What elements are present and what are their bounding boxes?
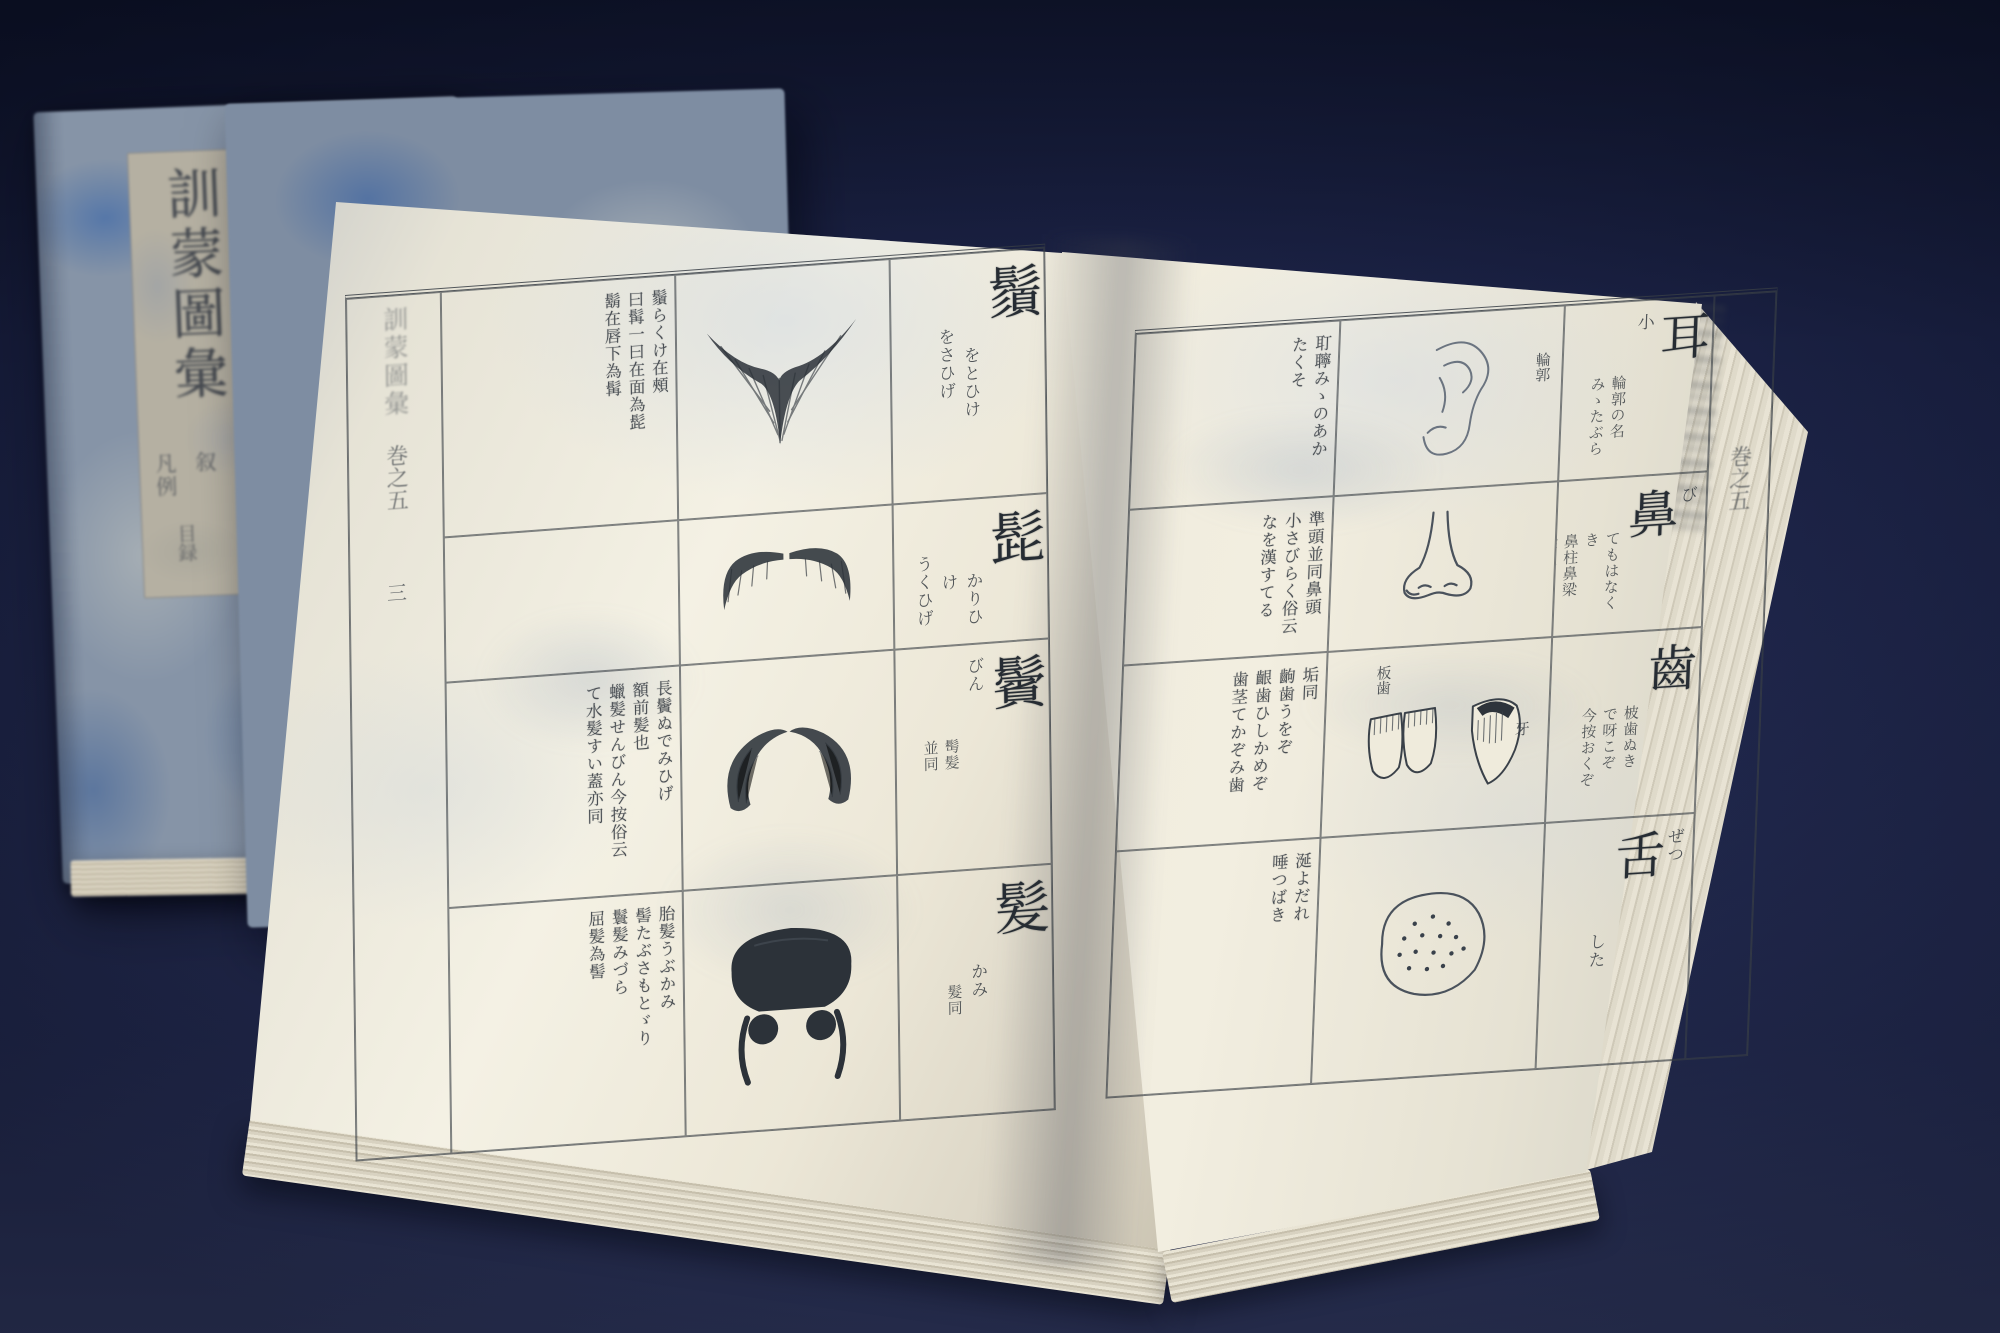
entry-cell-teeth: 齒 柀歯ぬき で呀こぞ 今按おくぞ xyxy=(1545,627,1702,823)
definition-column: たくそ xyxy=(1284,336,1307,487)
closed-book-spine xyxy=(33,111,93,884)
entry-note: てもはなくき xyxy=(1578,490,1625,628)
hair-topknot-drawing xyxy=(705,907,877,1105)
illustration-cell-ear: 輪郭 xyxy=(1334,305,1565,496)
definition-column: 髻たぶさもとゞり xyxy=(633,906,653,1127)
entry-cell-nose: び 鼻 てもはなくき 鼻柱鼻梁 梁並同 xyxy=(1552,471,1708,637)
definition-column: 鬟髪みづら xyxy=(610,908,630,1129)
entry-cell-beard: 鬚 をとひけ をさひげ xyxy=(890,248,1048,505)
illustration-cell-beard xyxy=(675,259,892,520)
closed-book-subtitle-right: 叙 xyxy=(189,451,221,498)
volume-marker: 巻之五 xyxy=(1722,444,1755,512)
definition-column: 齦歯ひしかめぞ xyxy=(1248,669,1272,830)
definition-cell-hair: 胎髪うぶかみ 髻たぶさもとゞり 鬟髪みづら 屈髪為髻 xyxy=(448,891,685,1154)
definition-column: て水髪すい蓋亦同 xyxy=(583,684,603,885)
illustration-cell-teeth: 板歯 牙 xyxy=(1321,637,1553,838)
definition-cell-nose: 準頭並同鼻頭 小さびらく俗云 なを漢すてる xyxy=(1123,496,1334,665)
volume-marker: 巻之五 xyxy=(380,444,412,512)
closed-book-subtitle-bottom: 目録 xyxy=(172,523,200,562)
entry-cell-ear: 耳 小 輪郭の名 みゝたぶら xyxy=(1558,296,1714,482)
entry-kana: うくひげ xyxy=(910,514,936,641)
entry-note: 髩髪 xyxy=(940,658,963,865)
definition-column: 歯茎てかぞみ歯 xyxy=(1224,670,1248,831)
entry-cell-sideburns: 鬢 びん 髩髪 並同 xyxy=(894,638,1051,875)
illustration-label: 牙 xyxy=(1514,718,1530,740)
definition-column: 唾つばき xyxy=(1262,853,1288,1074)
illustration-label: 板歯 xyxy=(1373,665,1395,697)
definition-column: 蠟髪せんびん今按俗云 xyxy=(607,683,627,884)
illustration-cell-mustache xyxy=(678,504,894,665)
entry-header: 鬚 xyxy=(981,261,1040,491)
definition-cell-teeth: 垢同 齣歯うをぞ 齦歯ひしかめぞ 歯茎てかぞみ歯 xyxy=(1116,652,1328,851)
pointed-beard-drawing xyxy=(698,303,870,476)
definition-cell-sideburns: 長鬢ぬでみひげ 額前髪也 蠟髪せんびん今按俗云 て水髪すい蓋亦同 xyxy=(446,665,683,908)
definition-cell-tongue: 涎よだれ 唾つばき xyxy=(1107,838,1321,1098)
illustration-label: 輪郭 xyxy=(1532,351,1554,383)
entry-header: 齒 xyxy=(1638,641,1694,810)
ear-outline-drawing xyxy=(1382,326,1517,475)
definition-column: 垢同 xyxy=(1295,666,1319,827)
folio-number: 三 xyxy=(387,576,407,607)
right-page-table: 巻之五 耵聹みゝのあか たくそ 輪郭 耳 小 輪郭の名 みゝたぶら xyxy=(1105,287,1777,1098)
definition-column: 耵聹みゝのあか xyxy=(1308,334,1331,485)
entry-header: 耳 xyxy=(1651,309,1707,468)
entry-cell-hair: 髪 かみ 髮同 xyxy=(897,864,1055,1121)
drooping-mustache-drawing xyxy=(701,519,872,652)
entry-cell-tongue: ぜつ 舌 した xyxy=(1536,813,1695,1069)
closed-book-subtitle-left: 凡例 xyxy=(150,452,182,499)
illustration-cell-tongue xyxy=(1311,823,1545,1084)
entry-header: 髪 xyxy=(989,877,1048,1107)
curled-sideburns-drawing xyxy=(703,699,874,842)
entry-cell-mustache: 髭 かりひけ うくひげ xyxy=(893,493,1049,650)
tongue-drawing xyxy=(1340,872,1515,1034)
definition-column: 涎よだれ xyxy=(1285,851,1311,1072)
definition-cell-ear: 耵聹みゝのあか たくそ xyxy=(1129,320,1340,509)
photo-scene: 訓蒙圖彙 叙 凡例 目録 訓蒙圖彙 巻之五 三 鬚らくけ在頰 曰髯一曰在面為髭 xyxy=(0,0,2000,1333)
definition-column: なを漢すてる xyxy=(1255,513,1277,644)
closed-book-title: 訓蒙圖彙 xyxy=(160,164,225,406)
entry-kana: かりひけ xyxy=(935,511,986,640)
definition-column: 齣歯うをぞ xyxy=(1271,667,1295,828)
left-page-table: 訓蒙圖彙 巻之五 三 鬚らくけ在頰 曰髯一曰在面為髭 鬍在唇下為髯 鬚 をとひけ… xyxy=(345,244,1056,1162)
definition-column: 鬚らくけ在頰 xyxy=(649,288,669,509)
teeth-drawing xyxy=(1329,655,1544,820)
definition-cell-beard: 鬚らくけ在頰 曰髯一曰在面為髭 鬍在唇下為髯 xyxy=(441,275,678,538)
left-page-margin-column: 訓蒙圖彙 巻之五 三 xyxy=(346,292,451,1161)
running-title: 訓蒙圖彙 xyxy=(376,305,413,420)
definition-column: 胎髪うぶかみ xyxy=(656,905,676,1126)
entry-header: 鼻 xyxy=(1620,487,1675,626)
nose-outline-drawing xyxy=(1381,497,1506,636)
illustration-cell-nose xyxy=(1328,481,1558,652)
entry-header: 舌 xyxy=(1604,828,1663,1057)
entry-note: 髮同 xyxy=(943,883,967,1110)
illustration-cell-hair xyxy=(683,875,900,1136)
definition-column: 長鬢ぬでみひげ xyxy=(654,679,674,880)
closed-book-subtitle-row: 叙 凡例 xyxy=(150,451,222,500)
definition-column: 鬍在唇下為髯 xyxy=(602,292,622,513)
definition-column: 曰髯一曰在面為髭 xyxy=(625,290,645,511)
entry-kana: びん xyxy=(961,656,988,863)
definition-column: 額前髪也 xyxy=(630,681,650,882)
entry-note: 並同 xyxy=(919,659,942,866)
definition-column: 屈髪為髻 xyxy=(586,910,606,1131)
entry-kana: をさひげ xyxy=(932,267,960,494)
definition-cell-mustache xyxy=(444,520,680,682)
definition-column: 準頭並同鼻頭 xyxy=(1302,510,1324,641)
definition-column: 小さびらく俗云 xyxy=(1278,511,1300,642)
entry-header: 髭 xyxy=(984,507,1041,636)
illustration-cell-sideburns xyxy=(680,650,897,891)
entry-header: 鬢 xyxy=(986,652,1044,861)
